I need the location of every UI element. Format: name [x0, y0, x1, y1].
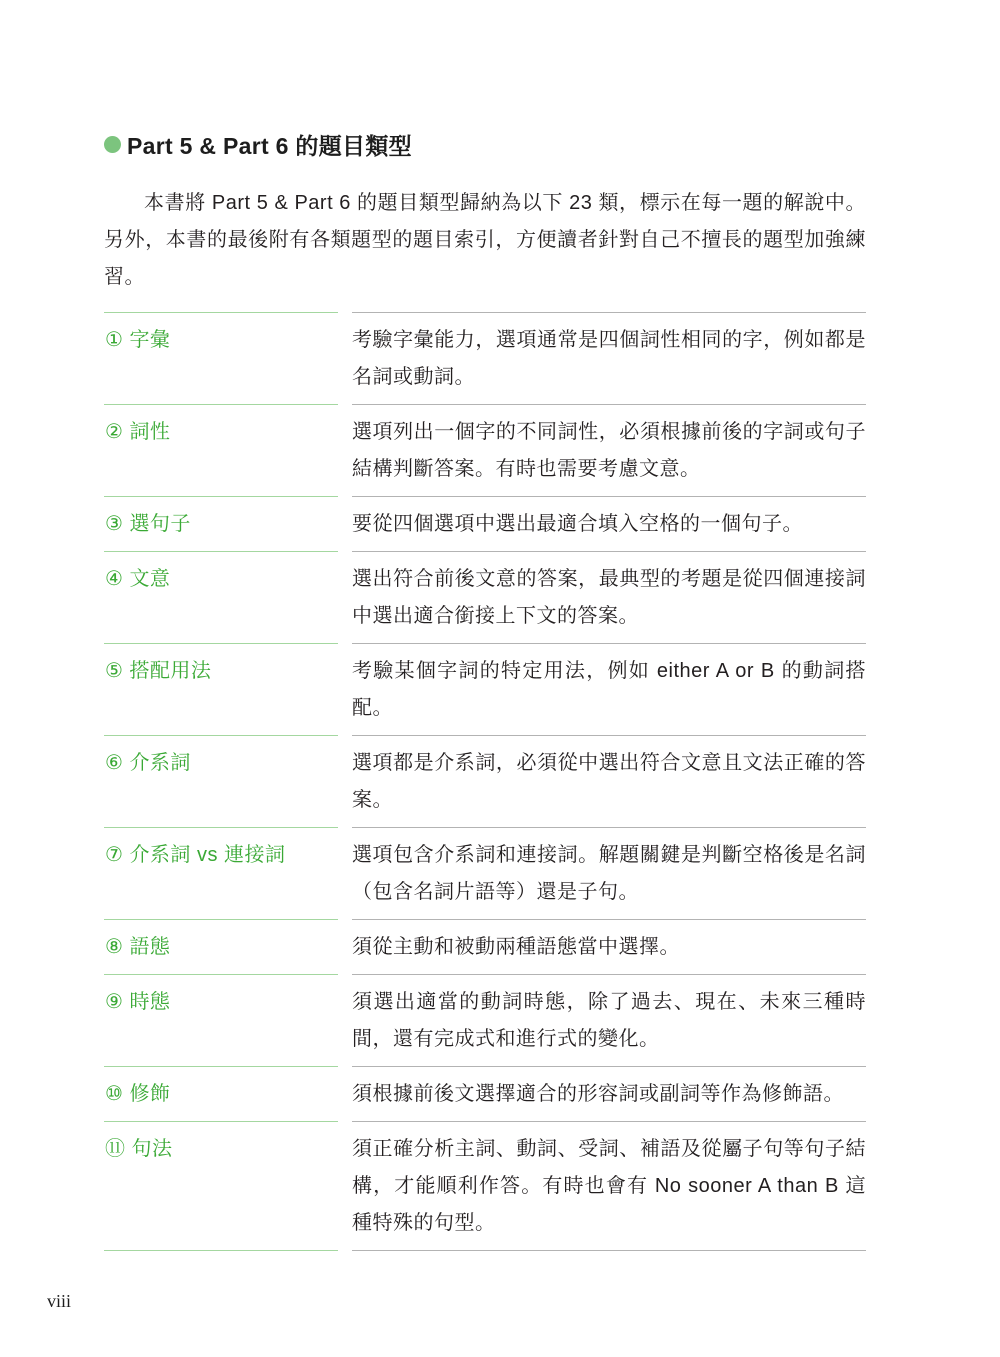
type-description: 考驗某個字詞的特定用法，例如 either A or B 的動詞搭配。 — [352, 643, 866, 735]
type-description: 選項都是介系詞，必須從中選出符合文意且文法正確的答案。 — [352, 735, 866, 827]
type-label-cell: ④文意 — [104, 551, 338, 643]
table-row: ②詞性 選項列出一個字的不同詞性，必須根據前後的字詞或句子結構判斷答案。有時也需… — [104, 404, 866, 496]
circled-number: ④ — [105, 568, 123, 590]
section-heading: Part 5 & Part 6 的題目類型 — [104, 130, 1000, 158]
type-name: 語態 — [129, 936, 170, 958]
type-name: 字彙 — [129, 329, 170, 351]
circled-number: ② — [105, 421, 123, 443]
type-name: 修飾 — [129, 1083, 170, 1105]
type-name: 句法 — [132, 1138, 173, 1160]
type-name: 文意 — [129, 568, 170, 590]
question-types-table: ①字彙 考驗字彙能力，選項通常是四個詞性相同的字，例如都是名詞或動詞。 ②詞性 … — [104, 312, 866, 1251]
type-description: 須正確分析主詞、動詞、受詞、補語及從屬子句等句子結構，才能順利作答。有時也會有 … — [352, 1121, 866, 1251]
table-row: ③選句子 要從四個選項中選出最適合填入空格的一個句子。 — [104, 496, 866, 551]
table-row: ④文意 選出符合前後文意的答案，最典型的考題是從四個連接詞中選出適合銜接上下文的… — [104, 551, 866, 643]
type-description: 要從四個選項中選出最適合填入空格的一個句子。 — [352, 496, 866, 551]
circled-number: ⑩ — [105, 1083, 123, 1105]
table-row: ⑪句法 須正確分析主詞、動詞、受詞、補語及從屬子句等句子結構，才能順利作答。有時… — [104, 1121, 866, 1251]
circled-number: ⑥ — [105, 752, 123, 774]
table-row: ①字彙 考驗字彙能力，選項通常是四個詞性相同的字，例如都是名詞或動詞。 — [104, 312, 866, 404]
type-name: 介系詞 vs 連接詞 — [129, 844, 285, 866]
type-description: 選項包含介系詞和連接詞。解題關鍵是判斷空格後是名詞（包含名詞片語等）還是子句。 — [352, 827, 866, 919]
type-description: 須根據前後文選擇適合的形容詞或副詞等作為修飾語。 — [352, 1066, 866, 1121]
circled-number: ⑤ — [105, 660, 123, 682]
type-description: 選項列出一個字的不同詞性，必須根據前後的字詞或句子結構判斷答案。有時也需要考慮文… — [352, 404, 866, 496]
circled-number: ⑦ — [105, 844, 123, 866]
type-label-cell: ⑦介系詞 vs 連接詞 — [104, 827, 338, 919]
circled-number: ⑪ — [105, 1138, 126, 1160]
table-row: ⑩修飾 須根據前後文選擇適合的形容詞或副詞等作為修飾語。 — [104, 1066, 866, 1121]
type-name: 介系詞 — [129, 752, 191, 774]
circled-number: ① — [105, 329, 123, 351]
table-row: ⑤搭配用法 考驗某個字詞的特定用法，例如 either A or B 的動詞搭配… — [104, 643, 866, 735]
table-row: ⑧語態 須從主動和被動兩種語態當中選擇。 — [104, 919, 866, 974]
type-label-cell: ⑧語態 — [104, 919, 338, 974]
type-name: 詞性 — [129, 421, 170, 443]
type-name: 時態 — [129, 991, 170, 1013]
type-label-cell: ②詞性 — [104, 404, 338, 496]
table-row: ⑥介系詞 選項都是介系詞，必須從中選出符合文意且文法正確的答案。 — [104, 735, 866, 827]
book-page: Part 5 & Part 6 的題目類型 本書將 Part 5 & Part … — [0, 0, 1000, 1357]
intro-paragraph: 本書將 Part 5 & Part 6 的題目類型歸納為以下 23 類，標示在每… — [104, 185, 866, 296]
section-title: Part 5 & Part 6 的題目類型 — [127, 128, 412, 161]
type-label-cell: ⑨時態 — [104, 974, 338, 1066]
circled-number: ③ — [105, 513, 123, 535]
table-row: ⑦介系詞 vs 連接詞 選項包含介系詞和連接詞。解題關鍵是判斷空格後是名詞（包含… — [104, 827, 866, 919]
circled-number: ⑧ — [105, 936, 123, 958]
type-name: 搭配用法 — [129, 660, 211, 682]
type-description: 考驗字彙能力，選項通常是四個詞性相同的字，例如都是名詞或動詞。 — [352, 312, 866, 404]
type-description: 選出符合前後文意的答案，最典型的考題是從四個連接詞中選出適合銜接上下文的答案。 — [352, 551, 866, 643]
type-label-cell: ①字彙 — [104, 312, 338, 404]
table-row: ⑨時態 須選出適當的動詞時態，除了過去、現在、未來三種時間，還有完成式和進行式的… — [104, 974, 866, 1066]
page-number: viii — [47, 1291, 71, 1312]
type-description: 須從主動和被動兩種語態當中選擇。 — [352, 919, 866, 974]
green-dot-icon — [104, 136, 121, 153]
type-description: 須選出適當的動詞時態，除了過去、現在、未來三種時間，還有完成式和進行式的變化。 — [352, 974, 866, 1066]
circled-number: ⑨ — [105, 991, 123, 1013]
type-label-cell: ⑪句法 — [104, 1121, 338, 1251]
type-label-cell: ⑤搭配用法 — [104, 643, 338, 735]
type-label-cell: ⑩修飾 — [104, 1066, 338, 1121]
type-label-cell: ⑥介系詞 — [104, 735, 338, 827]
type-label-cell: ③選句子 — [104, 496, 338, 551]
type-name: 選句子 — [129, 513, 191, 535]
